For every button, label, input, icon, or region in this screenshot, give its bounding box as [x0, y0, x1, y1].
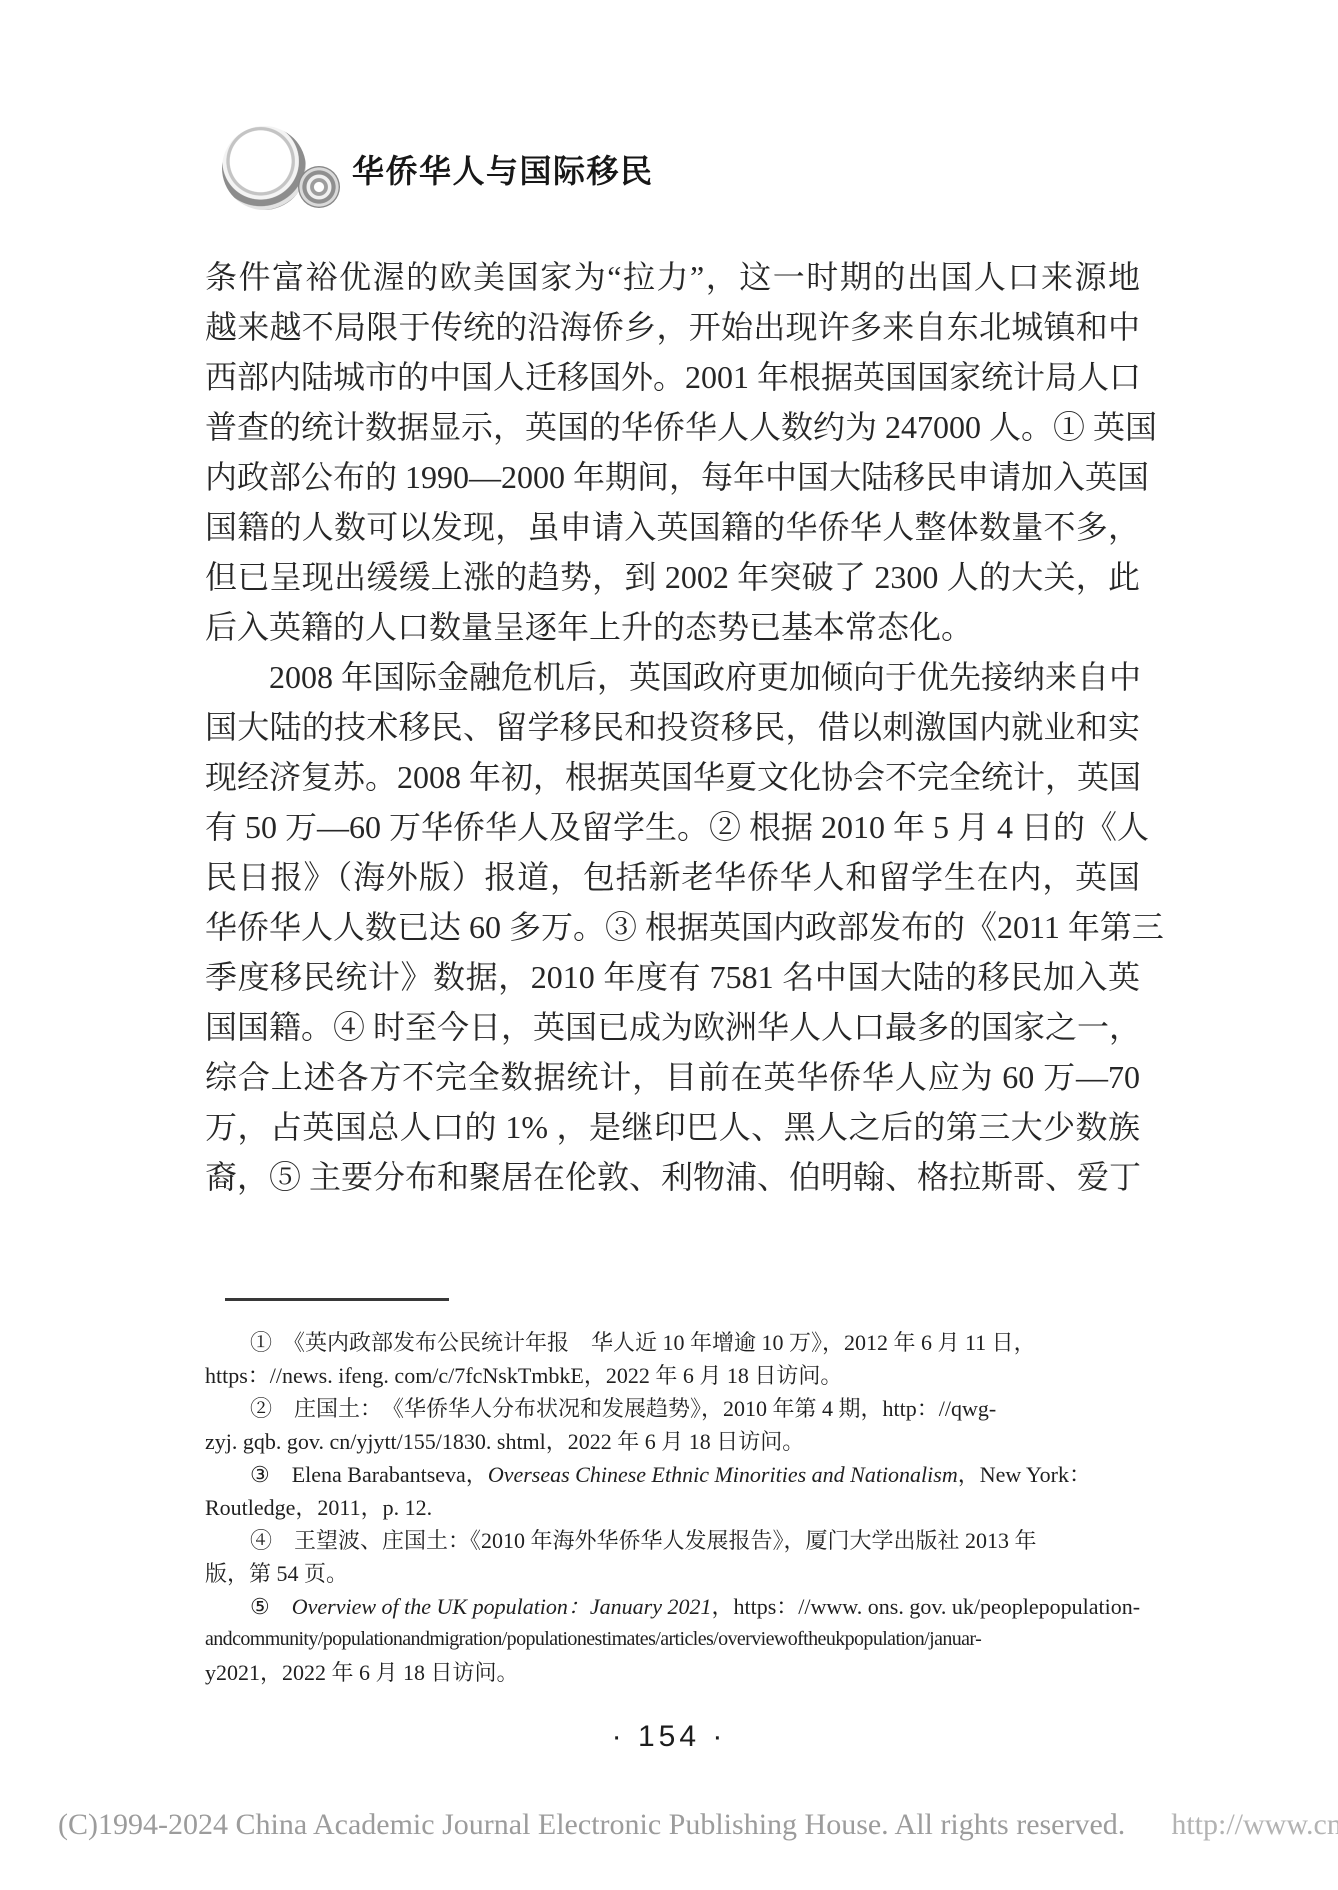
body-line: 西部内陆城市的中国人迁移国外。2001 年根据英国国家统计局人口 [205, 352, 1140, 402]
body-line: 2008 年国际金融危机后，英国政府更加倾向于优先接纳来自中 [205, 652, 1140, 702]
body-line: 内政部公布的 1990—2000 年期间，每年中国大陆移民申请加入英国 [205, 452, 1140, 502]
footnote-separator-rule [225, 1298, 449, 1301]
body-line: 国籍的人数可以发现，虽申请入英国籍的华侨华人整体数量不多， [205, 502, 1140, 552]
body-line: 季度移民统计》数据，2010 年度有 7581 名中国大陆的移民加入英 [205, 952, 1140, 1002]
footnote-text: zyj. gqb. gov. cn/yjytt/155/1830. shtml，… [205, 1429, 804, 1454]
copyright-url: http://www.cnki. [1171, 1808, 1338, 1841]
footnote-text: y2021，2022 年 6 月 18 日访问。 [205, 1660, 519, 1685]
body-line: 综合上述各方不完全数据统计，目前在英华侨华人应为 60 万—70 [205, 1052, 1140, 1102]
body-line: 但已呈现出缓缓上涨的趋势，到 2002 年突破了 2300 人的大关，此 [205, 552, 1140, 602]
footnote-italic-text: Overview of the UK population：January 20… [292, 1594, 712, 1619]
journal-logo [222, 126, 342, 212]
body-line: 普查的统计数据显示，英国的华侨华人人数约为 247000 人。① 英国 [205, 402, 1140, 452]
footnote-italic-text: Overseas Chinese Ethnic Minorities and N… [488, 1462, 958, 1487]
footnote-line: andcommunity/populationandmigration/popu… [205, 1623, 1140, 1656]
body-line: 现经济复苏。2008 年初，根据英国华夏文化协会不完全统计，英国 [205, 752, 1140, 802]
copyright-footer: (C)1994-2024 China Academic Journal Elec… [58, 1808, 1338, 1842]
footnote-text: ，New York： [958, 1462, 1091, 1487]
footnote-line: ③ Elena Barabantseva，Overseas Chinese Et… [205, 1458, 1140, 1491]
copyright-text: (C)1994-2024 China Academic Journal Elec… [58, 1808, 1125, 1841]
body-line: 有 50 万—60 万华侨华人及留学生。② 根据 2010 年 5 月 4 日的… [205, 802, 1140, 852]
footnote-text: ② 庄国土： 《华侨华人分布状况和发展趋势》，2010 年第 4 期，http：… [250, 1396, 996, 1421]
body-line: 国国籍。④ 时至今日，英国已成为欧洲华人人口最多的国家之一， [205, 1002, 1140, 1052]
page-number: · 154 · [0, 1720, 1338, 1754]
footnote-line: ① 《英内政部发布公民统计年报 华人近 10 年增逾 10 万》，2012 年 … [205, 1326, 1140, 1359]
footnote-line: Routledge，2011，p. 12. [205, 1491, 1140, 1524]
footnote-line: ⑤ Overview of the UK population：January … [205, 1590, 1140, 1623]
footnote-line: https：//news. ifeng. com/c/7fcNskTmbkE，2… [205, 1359, 1140, 1392]
body-line: 后入英籍的人口数量呈逐年上升的态势已基本常态化。 [205, 602, 1140, 652]
large-ring-icon [222, 126, 306, 210]
body-text-block: 条件富裕优渥的欧美国家为“拉力”，这一时期的出国人口来源地 越来越不局限于传统的… [205, 252, 1140, 1202]
footnote-line: ④ 王望波、庄国土：《2010 年海外华侨华人发展报告》，厦门大学出版社 201… [205, 1524, 1140, 1557]
body-line: 越来越不局限于传统的沿海侨乡，开始出现许多来自东北城镇和中 [205, 302, 1140, 352]
body-line: 条件富裕优渥的欧美国家为“拉力”，这一时期的出国人口来源地 [205, 252, 1140, 302]
footnote-text: 版，第 54 页。 [205, 1561, 348, 1586]
footnote-text: https：//news. ifeng. com/c/7fcNskTmbkE，2… [205, 1363, 842, 1388]
body-line: 裔，⑤ 主要分布和聚居在伦敦、利物浦、伯明翰、格拉斯哥、爱丁 [205, 1152, 1140, 1202]
body-line: 华侨华人人数已达 60 多万。③ 根据英国内政部发布的《2011 年第三 [205, 902, 1140, 952]
footnote-text: ，https：//www. ons. gov. uk/peoplepopulat… [712, 1594, 1141, 1619]
footnote-line: 版，第 54 页。 [205, 1557, 1140, 1590]
footnote-text: andcommunity/populationandmigration/popu… [205, 1628, 981, 1650]
footnote-text: ① 《英内政部发布公民统计年报 华人近 10 年增逾 10 万》，2012 年 … [250, 1330, 1036, 1355]
body-line: 国大陆的技术移民、留学移民和投资移民，借以刺激国内就业和实 [205, 702, 1140, 752]
scanned-document-page: 华侨华人与国际移民 条件富裕优渥的欧美国家为“拉力”，这一时期的出国人口来源地 … [0, 0, 1338, 1890]
footnote-text: ③ Elena Barabantseva， [250, 1462, 488, 1487]
footnote-text: ④ 王望波、庄国土：《2010 年海外华侨华人发展报告》，厦门大学出版社 201… [250, 1528, 1037, 1553]
footnote-text: Routledge，2011，p. 12. [205, 1495, 432, 1520]
footnote-line: ② 庄国土： 《华侨华人分布状况和发展趋势》，2010 年第 4 期，http：… [205, 1392, 1140, 1425]
footnote-line: zyj. gqb. gov. cn/yjytt/155/1830. shtml，… [205, 1425, 1140, 1458]
footnotes-block: ① 《英内政部发布公民统计年报 华人近 10 年增逾 10 万》，2012 年 … [205, 1326, 1140, 1689]
small-ring-icon [298, 166, 340, 208]
footnote-text: ⑤ [250, 1594, 292, 1619]
footnote-line: y2021，2022 年 6 月 18 日访问。 [205, 1656, 1140, 1689]
page-header-title: 华侨华人与国际移民 [352, 146, 654, 192]
body-line: 万，占英国总人口的 1% ，是继印巴人、黑人之后的第三大少数族 [205, 1102, 1140, 1152]
body-line: 民日报》（海外版）报道，包括新老华侨华人和留学生在内，英国 [205, 852, 1140, 902]
